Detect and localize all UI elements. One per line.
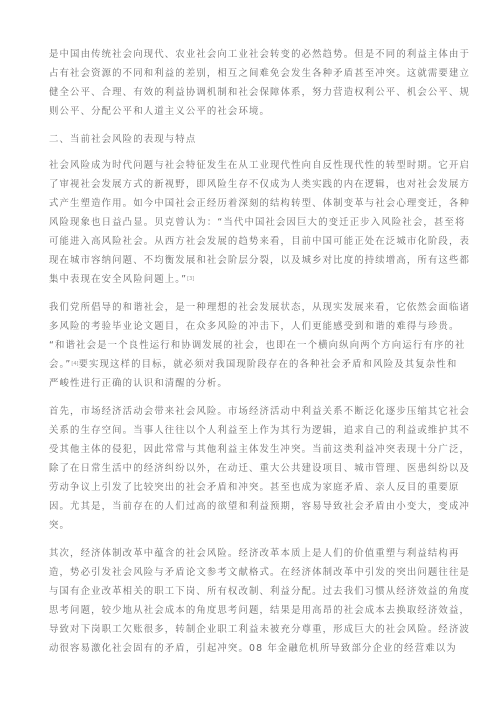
text-line: 劳动争议上引发了比较突出的社会矛盾和冲突。甚至也成为家庭矛盾、亲人反目的重要原: [49, 478, 453, 497]
paragraph-economic-reform-risk: 其次，经济体制改革中蕴含的社会风险。经济改革本质上是人们的价值重塑与利益结构再 …: [49, 544, 453, 658]
text-line: 除了在日常生活中的经济纠纷以外，在动迁、重大公共建设项目、城市管理、医患纠纷以及: [49, 459, 453, 478]
text-line: 式产生塑造作用。如今中国社会正经历着深刻的结构转型、体制变革与社会心理变迁，各种: [49, 194, 453, 213]
text-line: 严峻性进行正确的认识和清醒的分析。: [49, 374, 453, 393]
text-line: 思考问题，较少地从社会成本的角度思考问题，结果是用高昂的社会成本去换取经济效益，: [49, 601, 453, 620]
document-page: 是中国由传统社会向现代、农业社会向工业社会转变的必然趋势。但是不同的利益主体由于…: [0, 0, 500, 707]
paragraph-risk-society: 社会风险成为时代问题与社会特征发生在从工业现代性向自反性现代性的转型时期。它开启…: [49, 156, 453, 289]
text-line: 了审视社会发展方式的新视野，即风险生存不仅成为人类实践的内在逻辑，也对社会发展方: [49, 175, 453, 194]
text-line: 集中表现在安全风险问题上。”[3]: [49, 270, 453, 289]
text-line: 我们党所倡导的和谐社会，是一种理想的社会发展状态，从现实发展来看，它依然会面临诸: [49, 298, 453, 317]
text-line: 突。: [49, 516, 453, 535]
text-line: 其次，经济体制改革中蕴含的社会风险。经济改革本质上是人们的价值重塑与利益结构再: [49, 544, 453, 563]
text-line: 与国有企业改革相关的职工下岗、所有权改制、利益分配。过去我们习惯从经济效益的角度: [49, 582, 453, 601]
text-line: 会。”[4]要实现这样的目标，就必须对我国现阶段存在的各种社会矛盾和风险及其复杂…: [49, 355, 453, 374]
text-line: 健全公平、合理、有效的利益协调机制和社会保障体系，努力营造权利公平、机会公平、规: [49, 83, 453, 102]
text-fragment: 要实现这样的目标，就必须对我国现阶段存在的各种社会矛盾和风险及其复杂性和: [78, 359, 457, 370]
text-line: 因。尤其是，当前存在的人们过高的欲望和利益预期，容易导致社会矛盾由小变大，变成冲: [49, 497, 453, 516]
text-line: 首先，市场经济活动会带来社会风险。市场经济活动中利益关系不断泛化逐步压缩其它社会: [49, 402, 453, 421]
text-line: 社会风险成为时代问题与社会特征发生在从工业现代性向自反性现代性的转型时期。它开启: [49, 156, 453, 175]
text-line: 则公平、分配公平和人道主义公平的社会环境。: [49, 102, 453, 121]
text-line: 是中国由传统社会向现代、农业社会向工业社会转变的必然趋势。但是不同的利益主体由于: [49, 45, 453, 64]
citation-ref: [3]: [187, 276, 194, 282]
text-fragment: 会。”: [49, 359, 71, 370]
document-body: 是中国由传统社会向现代、农业社会向工业社会转变的必然趋势。但是不同的利益主体由于…: [49, 45, 453, 667]
text-line: 受其他主体的侵犯，因此常常与其他利益主体发生冲突。当前这类利益冲突表现十分广泛，: [49, 440, 453, 459]
text-line: 动很容易激化社会固有的矛盾，引起冲突。08 年金融危机所导致部分企业的经营难以为: [49, 639, 453, 658]
paragraph-social-transition: 是中国由传统社会向现代、农业社会向工业社会转变的必然趋势。但是不同的利益主体由于…: [49, 45, 453, 121]
text-line: 造，势必引发社会风险与矛盾论文参考文献格式。在经济体制改革中引发的突出问题往往是: [49, 563, 453, 582]
text-fragment: 集中表现在安全风险问题上。”: [49, 274, 187, 285]
text-line: 关系的生存空间。当事人往往以个人利益至上作为其行为逻辑，追求自己的利益或维护其不: [49, 421, 453, 440]
paragraph-harmonious-society: 我们党所倡导的和谐社会，是一种理想的社会发展状态，从现实发展来看，它依然会面临诸…: [49, 298, 453, 393]
text-line: 占有社会资源的不同和利益的差别，相互之间难免会发生各种矛盾甚至冲突。这就需要建立: [49, 64, 453, 83]
text-line: 导致对下岗职工欠账很多，转制企业职工利益未被充分尊重，形成巨大的社会风险。经济波: [49, 620, 453, 639]
text-line: 可能进入高风险社会。从西方社会发展的趋势来看，目前中国可能正处在泛城市化阶段，表: [49, 232, 453, 251]
text-line: 现在城市容纳问题、不均衡发展和社会阶层分裂，以及城乡对比度的持续增高，所有这些都: [49, 251, 453, 270]
section-heading: 二、当前社会风险的表现与特点: [49, 130, 453, 149]
text-line: “和谐社会是一个良性运行和协调发展的社会，也即在一个横向纵向两个方向运行有序的社: [49, 336, 453, 355]
paragraph-market-economy-risk: 首先，市场经济活动会带来社会风险。市场经济活动中利益关系不断泛化逐步压缩其它社会…: [49, 402, 453, 535]
text-line: 多风险的考验毕业论文题目，在众多风险的冲击下，人们更能感受到和谐的难得与珍贵。: [49, 317, 453, 336]
text-line: 风险现象也日益凸显。贝克曾认为：“当代中国社会因巨大的变迁正步入风险社会，甚至将: [49, 213, 453, 232]
